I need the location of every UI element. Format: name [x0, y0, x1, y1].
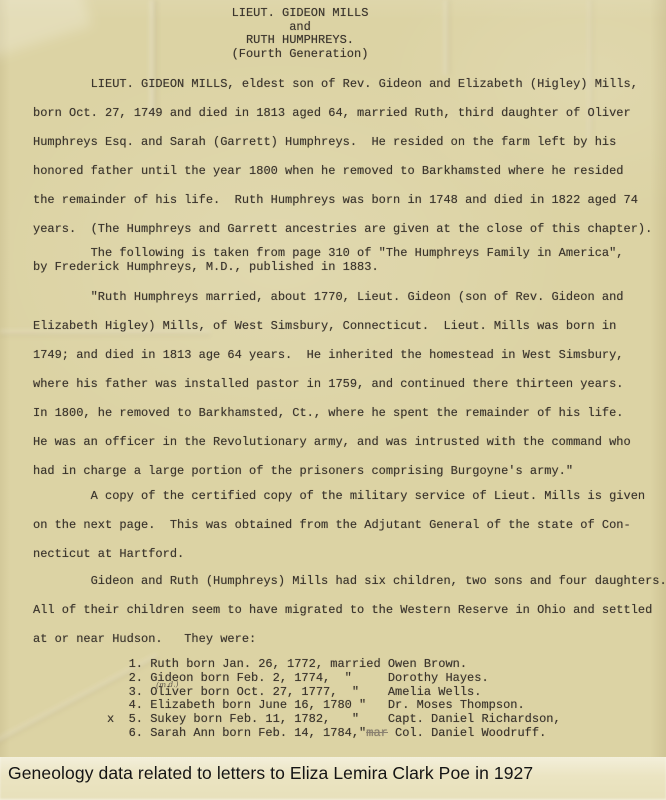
text-line: In 1800, he removed to Barkhamsted, Ct.,…	[33, 399, 631, 428]
child-row-text: 6. Sarah Ann born Feb. 14, 1784,"	[107, 726, 366, 740]
document-title: LIEUT. GIDEON MILLS and RUTH HUMPHREYS. …	[0, 7, 600, 61]
text-line: years. (The Humphreys and Garrett ancest…	[33, 215, 652, 244]
paragraph-quotation: "Ruth Humphreys married, about 1770, Lie…	[33, 283, 631, 486]
text-line: 1749; and died in 1813 age 64 years. He …	[33, 341, 631, 370]
text-line: Elizabeth Higley) Mills, of West Simsbur…	[33, 312, 631, 341]
text-line: He was an officer in the Revolutionary a…	[33, 428, 631, 457]
paragraph-biography: LIEUT. GIDEON MILLS, eldest son of Rev. …	[33, 70, 652, 244]
text-line: by Frederick Humphreys, M.D., published …	[33, 261, 624, 275]
text-line: All of their children seem to have migra…	[33, 596, 666, 625]
text-line: necticut at Hartford.	[33, 540, 645, 569]
strikethrough-text: mar	[366, 726, 388, 740]
paragraph-military-service: A copy of the certified copy of the mili…	[33, 482, 645, 569]
title-line: (Fourth Generation)	[0, 48, 600, 62]
text-line: LIEUT. GIDEON MILLS, eldest son of Rev. …	[33, 70, 652, 99]
caption-text: Geneology data related to letters to Eli…	[8, 763, 533, 784]
text-line: Gideon and Ruth (Humphreys) Mills had si…	[33, 567, 666, 596]
title-line: LIEUT. GIDEON MILLS	[0, 7, 600, 21]
text-line: born Oct. 27, 1749 and died in 1813 aged…	[33, 99, 652, 128]
child-row-text: Col. Daniel Woodruff.	[388, 726, 546, 740]
document-page: LIEUT. GIDEON MILLS and RUTH HUMPHREYS. …	[0, 0, 666, 800]
text-line: on the next page. This was obtained from…	[33, 511, 645, 540]
text-line: "Ruth Humphreys married, about 1770, Lie…	[33, 283, 631, 312]
handwritten-annotation: (m.d.)	[156, 679, 179, 689]
child-row: 6. Sarah Ann born Feb. 14, 1784,"mar Col…	[107, 727, 561, 741]
child-row: 4. Elizabeth born June 16, 1780 " Dr. Mo…	[107, 699, 561, 713]
paragraph-source-note: The following is taken from page 310 of …	[33, 247, 624, 275]
text-line: the remainder of his life. Ruth Humphrey…	[33, 186, 652, 215]
text-line: honored father until the year 1800 when …	[33, 157, 652, 186]
title-line: and	[0, 21, 600, 35]
title-line: RUTH HUMPHREYS.	[0, 34, 600, 48]
text-line: where his father was installed pastor in…	[33, 370, 631, 399]
paragraph-children-intro: Gideon and Ruth (Humphreys) Mills had si…	[33, 567, 666, 654]
text-line: at or near Hudson. They were:	[33, 625, 666, 654]
child-row: 1. Ruth born Jan. 26, 1772, married Owen…	[107, 658, 561, 672]
child-row: x 5. Sukey born Feb. 11, 1782, " Capt. D…	[107, 713, 561, 727]
text-line: The following is taken from page 310 of …	[33, 247, 624, 261]
text-line: Humphreys Esq. and Sarah (Garrett) Humph…	[33, 128, 652, 157]
children-list: 1. Ruth born Jan. 26, 1772, married Owen…	[107, 658, 561, 741]
caption-bar: Geneology data related to letters to Eli…	[0, 757, 666, 800]
text-line: A copy of the certified copy of the mili…	[33, 482, 645, 511]
